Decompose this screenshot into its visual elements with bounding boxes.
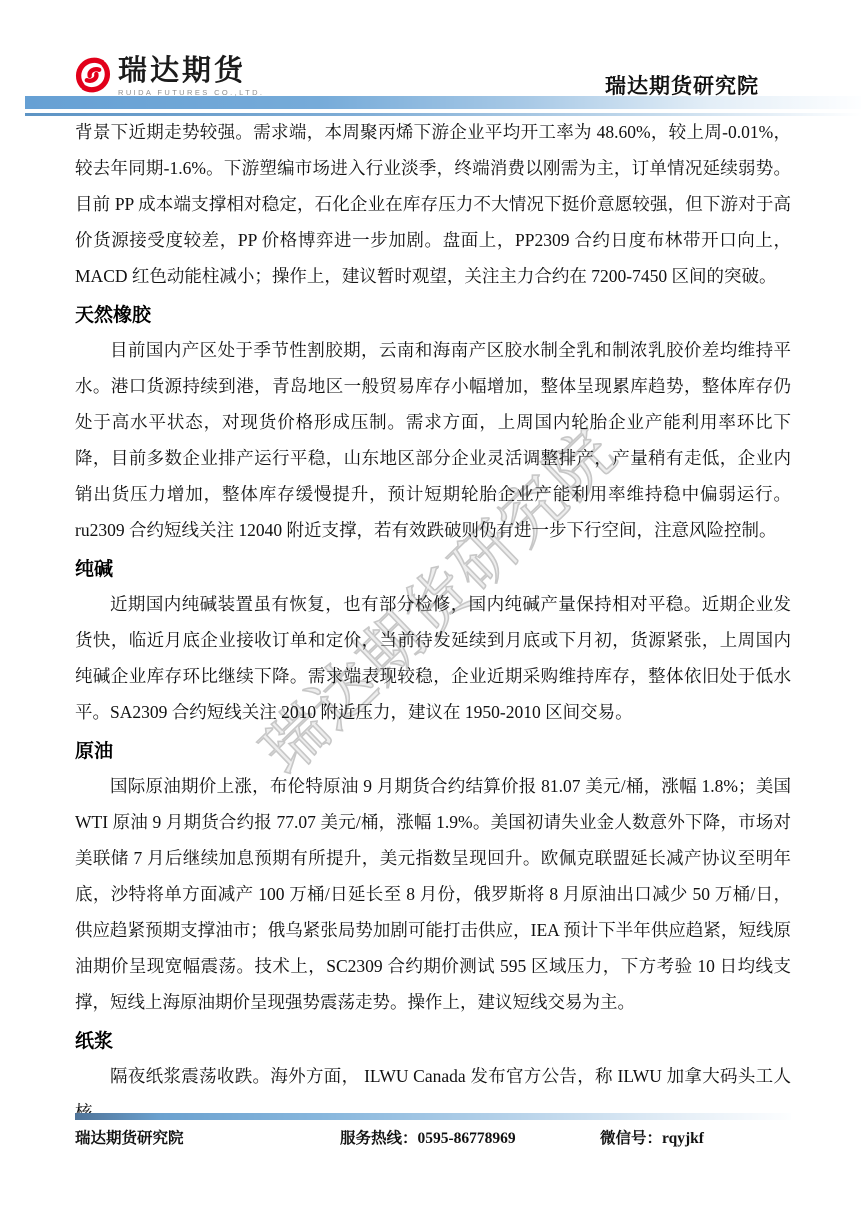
paragraph-soda-ash: 近期国内纯碱装置虽有恢复，也有部分检修，国内纯碱产量保持相对平稳。近期企业发货快… — [75, 586, 791, 730]
paragraph-pp-continued: 背景下近期走势较强。需求端，本周聚丙烯下游企业平均开工率为 48.60%，较上周… — [75, 114, 791, 294]
ruida-logo-icon — [74, 56, 112, 94]
section-heading-natural-rubber: 天然橡胶 — [75, 304, 791, 328]
footer-hotline: 服务热线：0595-86778969 — [340, 1126, 516, 1148]
section-heading-crude-oil: 原油 — [75, 740, 791, 764]
brand-name: 瑞达期货 — [118, 56, 264, 86]
report-page: 瑞达期货 RUIDA FUTURES CO.,LTD. 瑞达期货研究院 瑞达期货… — [0, 0, 861, 1217]
section-heading-pulp: 纸浆 — [75, 1030, 791, 1054]
report-body: 背景下近期走势较强。需求端，本周聚丙烯下游企业平均开工率为 48.60%，较上周… — [75, 114, 791, 1130]
paragraph-natural-rubber: 目前国内产区处于季节性割胶期，云南和海南产区胶水制全乳和制浓乳胶价差均维持平水。… — [75, 332, 791, 548]
company-logo: 瑞达期货 RUIDA FUTURES CO.,LTD. — [74, 56, 264, 97]
paragraph-crude-oil: 国际原油期价上涨，布伦特原油 9 月期货合约结算价报 81.07 美元/桶，涨幅… — [75, 768, 791, 1020]
section-heading-soda-ash: 纯碱 — [75, 558, 791, 582]
header-institute-title: 瑞达期货研究院 — [605, 70, 759, 100]
footer-gradient-bar — [75, 1113, 791, 1120]
footer: 瑞达期货研究院 服务热线：0595-86778969 微信号：rqyjkf — [0, 1126, 861, 1150]
footer-wechat: 微信号：rqyjkf — [600, 1126, 704, 1148]
brand-tagline: RUIDA FUTURES CO.,LTD. — [118, 88, 264, 97]
footer-institute: 瑞达期货研究院 — [75, 1126, 184, 1148]
